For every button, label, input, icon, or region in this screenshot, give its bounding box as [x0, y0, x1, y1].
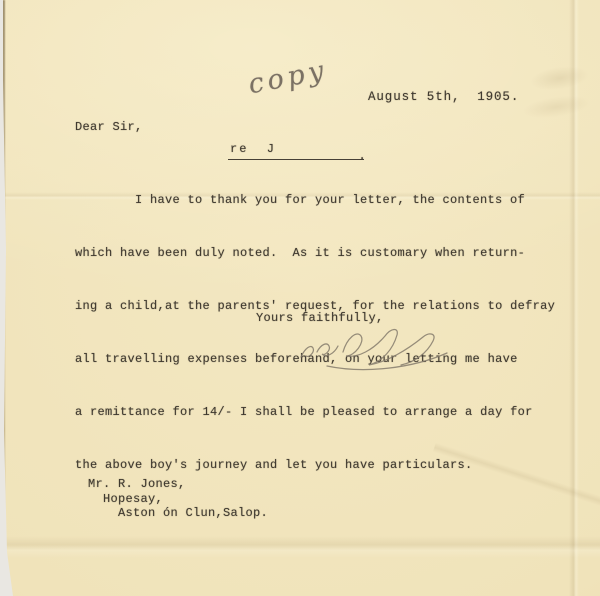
letter-date: August 5th, 1905. — [368, 90, 519, 104]
fold-crease-bottom — [0, 536, 600, 558]
recipient-town: Aston ón Clun,Salop. — [118, 506, 268, 520]
salutation: Dear Sir, — [75, 120, 143, 134]
subject-prefix: re J — [230, 142, 276, 156]
recipient-locality: Hopesay, — [103, 492, 163, 506]
paper-left-edge — [2, 0, 5, 596]
subject-terminator: . — [358, 149, 366, 163]
body-line: I have to thank you for your letter, the… — [75, 193, 550, 218]
subject-line: re J . — [228, 142, 364, 160]
body-line: a remittance for 14/- I shall be pleased… — [75, 405, 550, 430]
body-line: which have been duly noted. As it is cus… — [75, 246, 550, 271]
recipient-name: Mr. R. Jones, — [88, 477, 186, 491]
paper-sheet: copy August 5th, 1905. Dear Sir, re J . … — [0, 0, 600, 596]
letter-scan: copy August 5th, 1905. Dear Sir, re J . … — [0, 0, 600, 596]
fold-crease-vertical — [569, 0, 579, 596]
paper-wrinkle — [515, 51, 595, 140]
handwritten-signature-icon — [293, 320, 461, 374]
handwritten-copy-annotation: copy — [246, 55, 330, 101]
